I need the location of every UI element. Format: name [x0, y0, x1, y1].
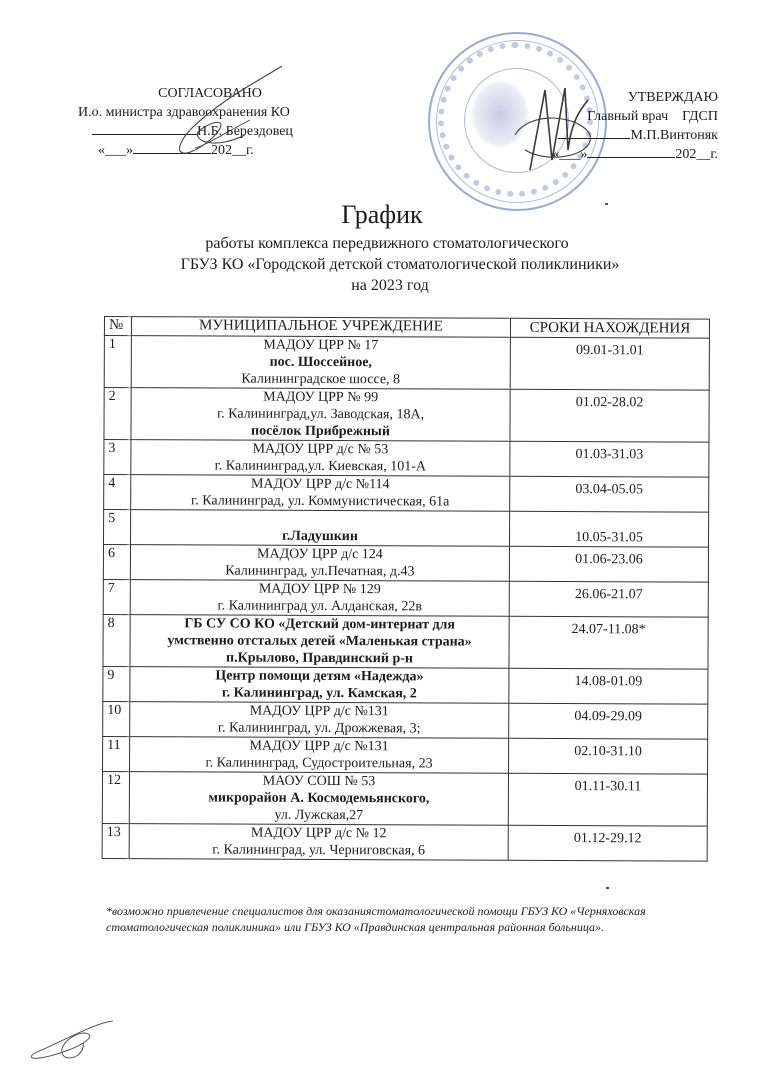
row-institution: МАДОУ ЦРР д/с № 53г. Калининград,ул. Кие…: [131, 440, 510, 477]
table-row: 6МАДОУ ЦРР д/с 124Калининград, ул.Печатн…: [103, 545, 708, 583]
institution-line: пос. Шоссейное,: [136, 353, 506, 372]
institution-line: [135, 510, 505, 529]
row-number: 13: [102, 823, 129, 858]
row-number: 8: [103, 614, 130, 666]
row-period: 03.04-05.05: [510, 476, 709, 512]
institution-line: МАДОУ ЦРР д/с №131: [134, 702, 504, 721]
row-number: 3: [104, 440, 131, 475]
row-number: 10: [103, 701, 130, 736]
row-period: 01.02-28.02: [510, 389, 709, 442]
institution-line: г. Калининград, ул. Черниговская, 6: [134, 841, 504, 860]
institution-line: МАДОУ ЦРР № 17: [136, 336, 506, 355]
row-number: 1: [104, 336, 131, 388]
row-number: 11: [103, 736, 130, 771]
row-number: 2: [104, 388, 131, 440]
table-row: 1МАДОУ ЦРР № 17пос. Шоссейное,Калинингра…: [104, 336, 709, 391]
row-institution: МАДОУ ЦРР № 17пос. Шоссейное,Калининград…: [131, 336, 510, 390]
row-period: 02.10-31.10: [509, 738, 708, 774]
row-period: 01.11-30.11: [508, 773, 707, 826]
row-number: 6: [103, 545, 130, 580]
row-period: 04.09-29.09: [509, 703, 708, 739]
institution-line: МАДОУ ЦРР д/с № 12: [134, 824, 504, 843]
institution-line: г. Калининград, Судостроительная, 23: [134, 754, 504, 773]
institution-line: ул. Лужская,27: [134, 806, 504, 825]
institution-line: МАОУ СОШ № 53: [134, 772, 504, 791]
row-number: 4: [104, 475, 131, 510]
table-row: 7МАДОУ ЦРР № 129г. Калининград ул. Алдан…: [103, 579, 708, 617]
row-number: 7: [103, 579, 130, 614]
table-header-row: № МУНИЦИПАЛЬНОЕ УЧРЕЖДЕНИЕ СРОКИ НАХОЖДЕ…: [104, 317, 709, 339]
institution-line: г.Ладушкин: [135, 527, 505, 546]
row-period: 01.06-23.06: [509, 546, 708, 582]
table-row: 4МАДОУ ЦРР д/с №114г. Калининград, ул. К…: [104, 475, 709, 513]
subtitle-line: работы комплекса передвижного стоматолог…: [0, 233, 764, 254]
table-row: 3МАДОУ ЦРР д/с № 53г. Калининград,ул. Ки…: [104, 440, 709, 478]
institution-line: г. Калининград, ул. Камская, 2: [134, 684, 504, 703]
table-row: 5 г.Ладушкин10.05-31.05: [104, 510, 709, 548]
row-institution: МАДОУ ЦРР д/с №114г. Калининград, ул. Ко…: [131, 475, 510, 512]
table-row: 13МАДОУ ЦРР д/с № 12г. Калининград, ул. …: [102, 823, 707, 861]
table-row: 9Центр помощи детям «Надежда»г. Калининг…: [103, 666, 708, 704]
scan-speck: [606, 887, 609, 889]
row-institution: МАДОУ ЦРР д/с №131г. Калининград, ул. Др…: [130, 702, 509, 739]
header-institution: МУНИЦИПАЛЬНОЕ УЧРЕЖДЕНИЕ: [131, 317, 510, 338]
row-period: 26.06-21.07: [509, 581, 708, 617]
row-number: 12: [102, 771, 129, 823]
initials-signature-icon: [25, 1015, 125, 1065]
row-period: 24.07-11.08*: [509, 616, 708, 669]
institution-line: п.Крылово, Правдинский р-н: [134, 649, 504, 668]
institution-line: Калининград, ул.Печатная, д.43: [135, 562, 505, 581]
signature-left-icon: [150, 60, 290, 170]
header-period: СРОКИ НАХОЖДЕНИЯ: [510, 318, 709, 338]
institution-line: ГБ СУ СО КО «Детский дом-интернат для: [135, 615, 505, 634]
table-row: 8ГБ СУ СО КО «Детский дом-интернат дляум…: [103, 614, 708, 669]
table-row: 11МАДОУ ЦРР д/с №131г. Калининград, Судо…: [103, 736, 708, 774]
row-institution: МАОУ СОШ № 53микрорайон А. Космодемьянск…: [129, 772, 508, 826]
institution-line: г. Калининград, ул. Коммунистическая, 61…: [135, 492, 505, 511]
footnote: *возможно привлечение специалистов для о…: [106, 903, 726, 935]
row-period: 09.01-31.01: [510, 337, 709, 390]
institution-line: микрорайон А. Космодемьянского,: [134, 789, 504, 808]
date-year: 202__г.: [675, 147, 718, 162]
institution-line: г. Калининград,ул. Заводская, 18А,: [136, 405, 506, 424]
row-number: 5: [104, 510, 131, 545]
date-day: «___»: [98, 143, 133, 158]
institution-line: МАДОУ ЦРР д/с №131: [134, 737, 504, 756]
scan-speck: [605, 203, 608, 205]
row-institution: МАДОУ ЦРР д/с №131г. Калининград, Судост…: [130, 737, 509, 774]
institution-line: г. Калининград ул. Алданская, 22в: [135, 597, 505, 616]
schedule-table-body: 1МАДОУ ЦРР № 17пос. Шоссейное,Калинингра…: [102, 336, 709, 862]
row-number: 9: [103, 666, 130, 701]
row-institution: ГБ СУ СО КО «Детский дом-интернат дляумс…: [130, 615, 509, 669]
institution-line: Центр помощи детям «Надежда»: [134, 667, 504, 686]
schedule-table: № МУНИЦИПАЛЬНОЕ УЧРЕЖДЕНИЕ СРОКИ НАХОЖДЕ…: [102, 316, 710, 862]
header-number: №: [104, 317, 131, 336]
row-institution: МАДОУ ЦРР № 99г. Калининград,ул. Заводск…: [131, 388, 510, 442]
institution-line: умственно отсталых детей «Маленькая стра…: [135, 632, 505, 651]
institution-line: г. Калининград,ул. Киевская, 101-А: [135, 457, 505, 476]
row-period: 01.12-29.12: [508, 825, 707, 861]
row-period: 01.03-31.03: [510, 441, 709, 477]
table-row: 12МАОУ СОШ № 53микрорайон А. Космодемьян…: [102, 771, 707, 826]
table-row: 10МАДОУ ЦРР д/с №131г. Калининград, ул. …: [103, 701, 708, 739]
institution-line: Калининградское шоссе, 8: [136, 370, 506, 389]
signature-right-icon: [510, 80, 600, 180]
date-underline: [587, 145, 675, 158]
row-institution: МАДОУ ЦРР д/с № 12г. Калининград, ул. Че…: [129, 824, 508, 861]
table-row: 2МАДОУ ЦРР № 99г. Калининград,ул. Заводс…: [104, 388, 709, 443]
row-institution: г.Ладушкин: [131, 510, 510, 547]
institution-line: МАДОУ ЦРР № 99: [136, 388, 506, 407]
institution-line: МАДОУ ЦРР д/с №114: [135, 475, 505, 494]
row-institution: Центр помощи детям «Надежда»г. Калинингр…: [130, 667, 509, 704]
approval-right-name: М.П.Винтоняк: [630, 128, 718, 143]
row-institution: МАДОУ ЦРР д/с 124Калининград, ул.Печатна…: [130, 545, 509, 582]
institution-line: МАДОУ ЦРР д/с 124: [135, 545, 505, 564]
subtitle-line: ГБУЗ КО «Городской детской стоматологиче…: [0, 254, 764, 275]
document-subtitle: работы комплекса передвижного стоматолог…: [0, 233, 764, 296]
row-institution: МАДОУ ЦРР № 129г. Калининград ул. Алданс…: [130, 580, 509, 617]
row-period: 10.05-31.05: [509, 511, 708, 547]
row-period: 14.08-01.09: [509, 668, 708, 704]
document-title: График: [0, 200, 764, 230]
institution-line: г. Калининград, ул. Дрожжевая, 3;: [134, 719, 504, 738]
institution-line: МАДОУ ЦРР № 129: [135, 580, 505, 599]
institution-line: МАДОУ ЦРР д/с № 53: [135, 440, 505, 459]
institution-line: посёлок Прибрежный: [135, 422, 505, 441]
subtitle-line: на 2023 год: [0, 275, 764, 296]
